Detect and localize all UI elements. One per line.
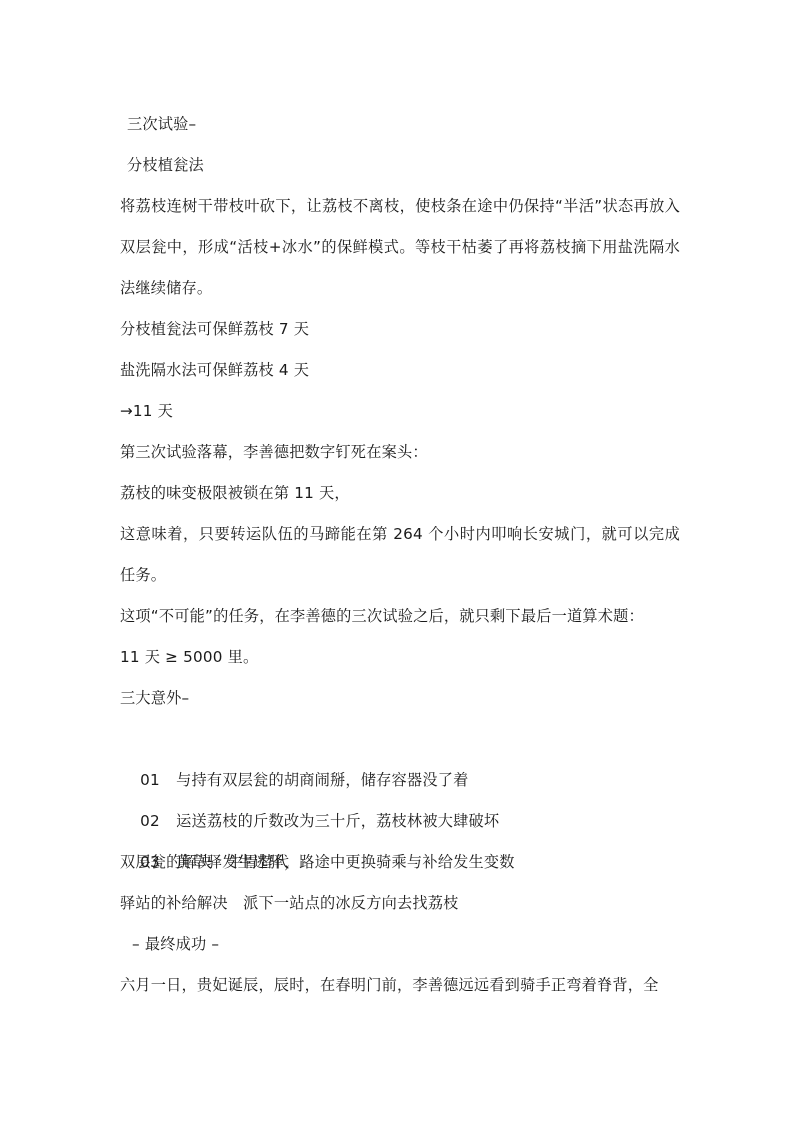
accident-text: 与持有双层瓮的胡商闹掰，储存容器没了着 [176, 771, 468, 789]
accident-number: 02 [140, 801, 176, 842]
accident-text: 运送荔枝的斤数改为三十斤，荔枝林被大肆破坏 [176, 812, 499, 830]
conclusion-intro: 第三次试验落幕，李善德把数字钉死在案头： [120, 432, 680, 473]
final-text: 六月一日，贵妃诞辰，辰时，在春明门前，李善德远远看到骑手正弯着脊背，全 [120, 965, 680, 1006]
document-page: 三次试验– 分枝植瓮法 将荔枝连树干带枝叶砍下，让荔枝不离枝，使枝条在途中仍保持… [120, 104, 680, 1006]
equation: 11 天 ≥ 5000 里。 [120, 637, 680, 678]
conclusion-problem: 这项“不可能”的任务，在李善德的三次试验之后，就只剩下最后一道算术题： [120, 596, 680, 637]
accident-item: 01与持有双层瓮的胡商闹掰，储存容器没了着 [120, 719, 680, 760]
method-title: 分枝植瓮法 [120, 145, 680, 186]
accidents-title: 三大意外– [120, 678, 680, 719]
final-title: – 最终成功 – [120, 924, 680, 965]
solution-2: 驿站的补给解决 派下一站点的冰反方向去找荔枝 [120, 883, 680, 924]
result-line-2: 盐洗隔水法可保鲜荔枝 4 天 [120, 350, 680, 391]
section-title: 三次试验– [120, 104, 680, 145]
total-days: →11 天 [120, 391, 680, 432]
result-line-1: 分枝植瓮法可保鲜荔枝 7 天 [120, 309, 680, 350]
conclusion-meaning: 这意味着，只要转运队伍的马蹄能在第 264 个小时内叩响长安城门，就可以完成任务… [120, 514, 680, 596]
accident-number: 01 [140, 760, 176, 801]
method-description: 将荔枝连树干带枝叶砍下，让荔枝不离枝，使枝条在途中仍保持“半活”状态再放入双层瓮… [120, 186, 680, 309]
conclusion-limit: 荔枝的味变极限被锁在第 11 天， [120, 473, 680, 514]
